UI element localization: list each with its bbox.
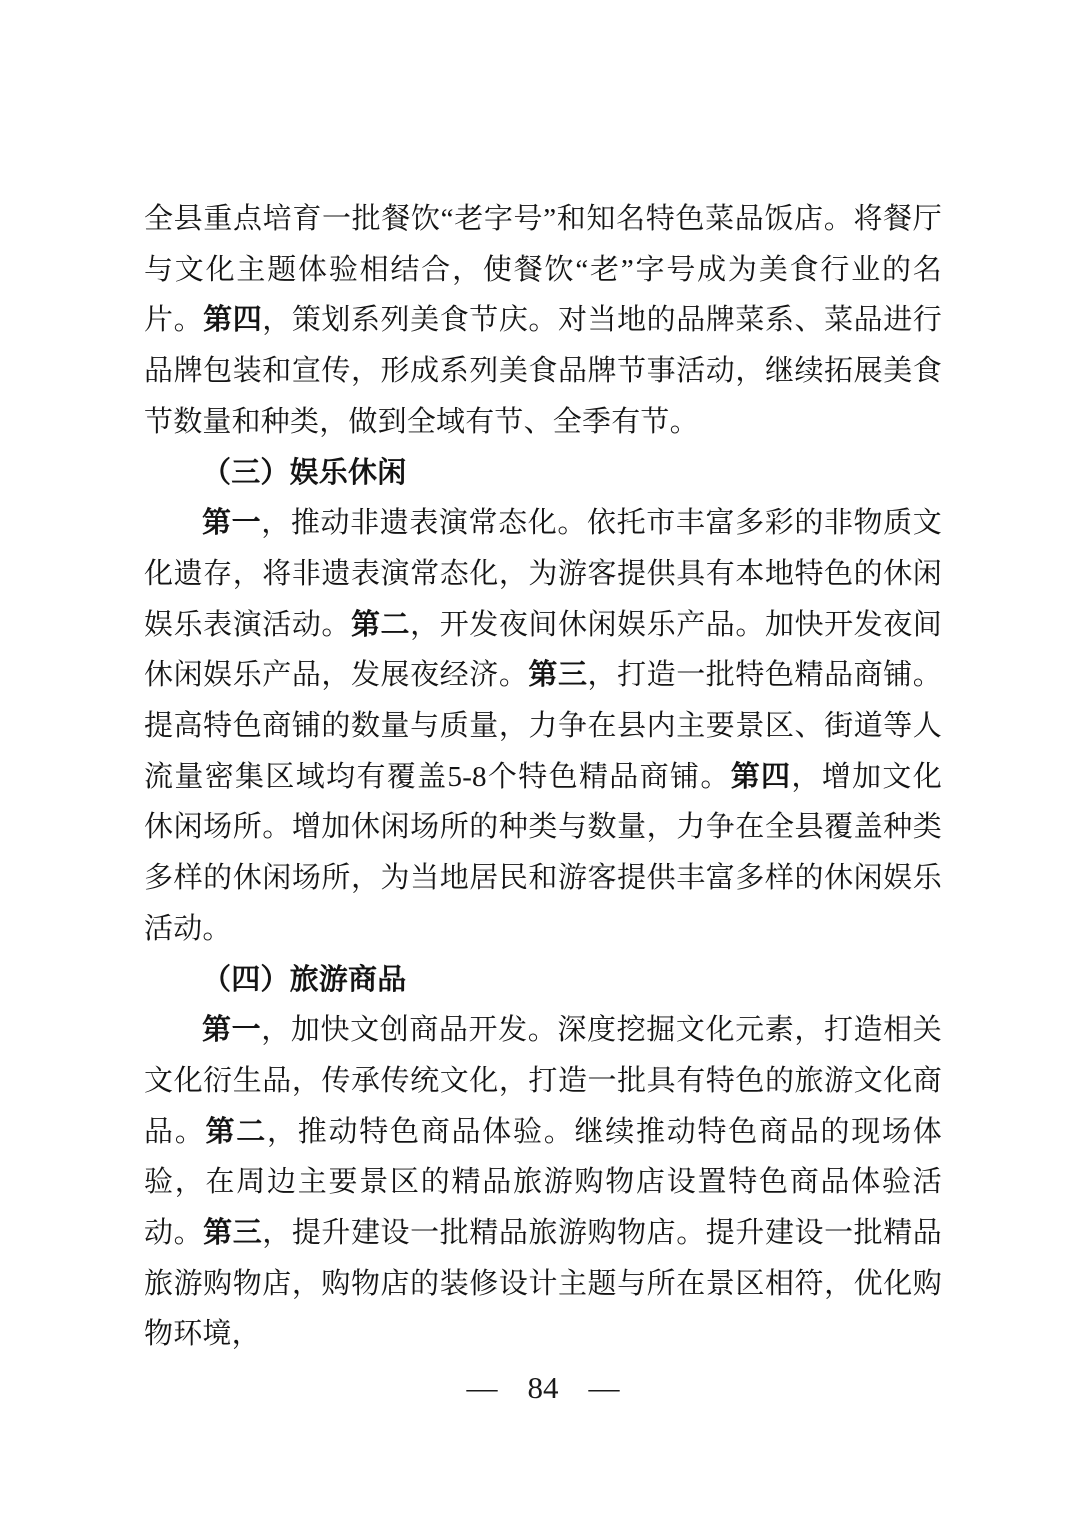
emphasis-run: 第四 xyxy=(731,761,792,793)
paragraph-tourism-goods: 第一，加快文创商品开发。深度挖掘文化元素，打造相关文化衍生品，传承传统文化，打造… xyxy=(144,1005,942,1360)
page-number: 84 xyxy=(528,1368,559,1408)
emphasis-run: 第二 xyxy=(351,609,410,641)
paragraph-cuisine-continuation: 全县重点培育一批餐饮“老字号”和知名特色菜品饭店。将餐厅与文化主题体验相结合，使… xyxy=(144,194,942,448)
paragraph-entertainment-leisure: 第一，推动非遗表演常态化。依托市丰富多彩的非物质文化遗存，将非遗表演常态化，为游… xyxy=(144,498,942,954)
text-run: ，提升建设一批精品旅游购物店。提升建设一批精品旅游购物店，购物店的装修设计主题与… xyxy=(144,1217,942,1350)
heading-section-3-entertainment-leisure: （三）娱乐休闲 xyxy=(144,448,942,499)
emphasis-run: 第四 xyxy=(203,304,262,336)
footer-dash-left: — xyxy=(467,1368,498,1408)
text-run: ，策划系列美食节庆。对当地的品牌菜系、菜品进行品牌包装和宣传，形成系列美食品牌节… xyxy=(144,304,942,437)
emphasis-run: 第一 xyxy=(202,507,261,539)
emphasis-run: 第一 xyxy=(202,1014,261,1046)
emphasis-run: 第二 xyxy=(206,1116,268,1148)
emphasis-run: 第三 xyxy=(203,1217,262,1249)
document-body: 全县重点培育一批餐饮“老字号”和知名特色菜品饭店。将餐厅与文化主题体验相结合，使… xyxy=(144,194,942,1360)
page-footer: — 84 — xyxy=(144,1368,942,1408)
heading-section-4-tourism-goods: （四）旅游商品 xyxy=(144,955,942,1006)
document-page: 全县重点培育一批餐饮“老字号”和知名特色菜品饭店。将餐厅与文化主题体验相结合，使… xyxy=(0,0,1070,1515)
footer-dash-right: — xyxy=(589,1368,620,1408)
emphasis-run: 第三 xyxy=(528,659,587,691)
